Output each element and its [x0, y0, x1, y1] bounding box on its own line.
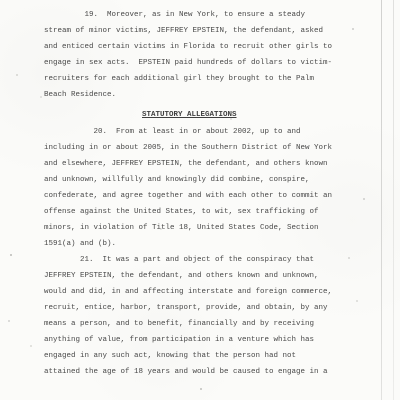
document-line: offense against the United States, to wi…: [44, 204, 350, 220]
document-line: means a person, and to benefit, financia…: [44, 316, 350, 332]
page-edge-scan-line-outer: [393, 0, 394, 400]
document-line: anything of value, from participation in…: [44, 332, 350, 348]
document-text-block: 19. Moreover, as in New York, to ensure …: [44, 7, 350, 380]
document-line: and enticed certain victims in Florida t…: [44, 39, 350, 55]
document-line: 20. From at least in or about 2002, up t…: [44, 124, 350, 140]
document-line: and elsewhere, JEFFREY EPSTEIN, the defe…: [44, 156, 350, 172]
page-edge-scan-line: [381, 0, 382, 400]
document-line: stream of minor victims, JEFFREY EPSTEIN…: [44, 23, 350, 39]
scan-noise-specks: [0, 0, 2, 2]
document-line: recruiters for each additional girl they…: [44, 71, 350, 87]
document-line: 19. Moreover, as in New York, to ensure …: [44, 7, 350, 23]
statutory-allegations-heading: STATUTORY ALLEGATIONS: [142, 111, 237, 119]
document-line: engaged in any such act, knowing that th…: [44, 348, 350, 364]
document-line: engage in sex acts. EPSTEIN paid hundred…: [44, 55, 350, 71]
document-line: would and did, in and affecting intersta…: [44, 284, 350, 300]
document-line: and unknown, willfully and knowingly did…: [44, 172, 350, 188]
document-line: Beach Residence.: [44, 87, 350, 103]
document-line: confederate, and agree together and with…: [44, 188, 350, 204]
document-line: minors, in violation of Title 18, United…: [44, 220, 350, 236]
document-line: 21. It was a part and object of the cons…: [44, 252, 350, 268]
scanned-document-page: 19. Moreover, as in New York, to ensure …: [0, 0, 400, 400]
document-line: JEFFREY EPSTEIN, the defendant, and othe…: [44, 268, 350, 284]
section-heading-line: STATUTORY ALLEGATIONS: [44, 107, 350, 123]
document-line: including in or about 2005, in the South…: [44, 140, 350, 156]
document-line: recruit, entice, harbor, transport, prov…: [44, 300, 350, 316]
document-line: 1591(a) and (b).: [44, 236, 350, 252]
document-line: attained the age of 18 years and would b…: [44, 364, 350, 380]
